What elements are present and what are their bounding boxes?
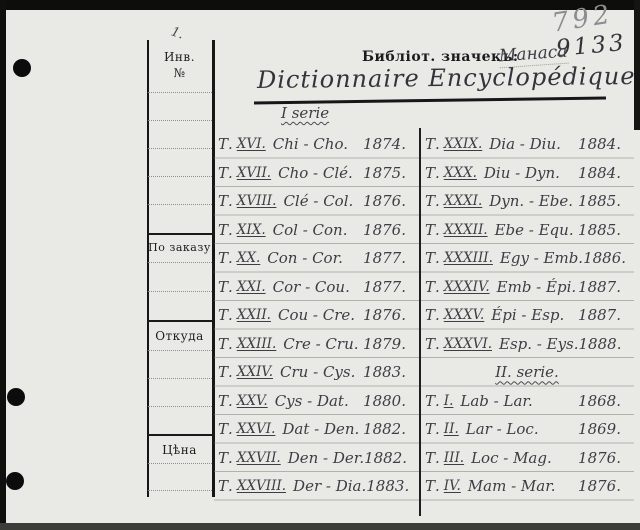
alphabet-range: Cys - Dat. [275, 392, 349, 410]
alphabet-range: Clé - Col. [283, 192, 353, 210]
volume-numeral: XVII. [237, 165, 271, 181]
alphabet-range: Dia - Diu. [489, 135, 561, 153]
volume-numeral: XXXV. [444, 307, 485, 323]
alphabet-range: Mam - Mar. [468, 477, 556, 495]
section-divider [147, 320, 214, 322]
catalog-entry-row: Т. III. Loc - Mag. 1876. [423, 444, 631, 473]
catalog-entry-row: Т. XXVI. Dat - Den. 1882. [216, 415, 416, 444]
punch-hole [6, 472, 24, 490]
alphabet-range: Esp. - Eys. [499, 335, 579, 353]
volume-letter: Т. [218, 249, 233, 267]
catalog-entry-row: Т. XXXIII. Egy - Emb. 1886. [423, 244, 631, 273]
series-2-heading: II. serie. [495, 363, 559, 381]
catalog-entry-row: Т. XXXV. Épi - Esp. 1887. [423, 301, 631, 330]
entries-column-2: Т. XXIX. Dia - Diu. 1884. Т. XXX. Diu - … [423, 130, 631, 501]
catalog-entry-row: Т. XVI. Chi - Cho. 1874. [216, 130, 416, 159]
inventory-number-sign: № [147, 66, 212, 80]
catalog-entry-row: Т. XIX. Col - Con. 1876. [216, 216, 416, 245]
publication-year: 1874. [363, 135, 406, 153]
volume-letter: Т. [425, 392, 440, 410]
publication-year: 1888. [579, 335, 622, 353]
catalog-entry-row: Т. II. Lar - Loc. 1869. [423, 415, 631, 444]
publication-year: 1880. [363, 392, 406, 410]
catalog-entry-row: Т. XVIII. Clé - Col. 1876. [216, 187, 416, 216]
alphabet-range: Col - Con. [273, 221, 348, 239]
catalog-entry-row: Т. XXVIII. Der - Dia. 1883. [216, 472, 416, 501]
volume-letter: Т. [218, 135, 233, 153]
scan-edge-top [0, 0, 640, 10]
publication-year: 1868. [578, 392, 621, 410]
dotted-rule [148, 378, 212, 379]
catalog-entry-row: Т. XVII. Cho - Clé. 1875. [216, 159, 416, 188]
publication-year: 1876. [578, 477, 621, 495]
volume-letter: Т. [218, 363, 233, 381]
volume-numeral: XXIII. [237, 336, 277, 352]
catalog-entry-row: Т. XXIV. Cru - Cys. 1883. [216, 358, 416, 387]
volume-numeral: XXVIII. [237, 478, 286, 494]
dotted-rule [148, 176, 212, 177]
dotted-rule [148, 92, 212, 93]
catalog-entry-row: Т. XXXII. Ebe - Equ. 1885. [423, 216, 631, 245]
catalog-entry-row: Т. XXIII. Cre - Cru. 1879. [216, 330, 416, 359]
library-catalog-card: 1. 792 9133 Библіот. значекъ: Манаса Dic… [0, 0, 640, 530]
punch-hole [13, 59, 31, 77]
dotted-rule [148, 490, 212, 491]
alphabet-range: Cho - Clé. [278, 164, 353, 182]
alphabet-range: Ebe - Equ. [495, 221, 574, 239]
publication-year: 1876. [363, 221, 406, 239]
volume-letter: Т. [425, 477, 440, 495]
publication-year: 1884. [578, 164, 621, 182]
publication-year: 1886. [583, 249, 626, 267]
alphabet-range: Cru - Cys. [280, 363, 355, 381]
volume-letter: Т. [425, 135, 440, 153]
catalog-entry-row: Т. XXII. Cou - Cre. 1876. [216, 301, 416, 330]
volume-numeral: XXX. [444, 165, 477, 181]
publication-year: 1887. [578, 306, 621, 324]
catalog-entry-row: Т. XXVII. Den - Der. 1882. [216, 444, 416, 473]
inventory-number-label: Инв. [147, 50, 212, 64]
volume-numeral: XXIX. [444, 136, 482, 152]
alphabet-range: Lab - Lar. [460, 392, 532, 410]
volume-letter: Т. [218, 164, 233, 182]
alphabet-range: Con - Cor. [267, 249, 343, 267]
publication-year: 1877. [363, 278, 406, 296]
publication-year: 1882. [364, 449, 407, 467]
catalog-entry-row: Т. I. Lab - Lar. 1868. [423, 387, 631, 416]
alphabet-range: Diu - Dyn. [484, 164, 560, 182]
series-2-row: II. serie. [423, 358, 631, 387]
publication-year: 1887. [578, 278, 621, 296]
volume-numeral: XXI. [237, 279, 266, 295]
price-label: Цѣна [147, 443, 212, 457]
entries-column-1: Т. XVI. Chi - Cho. 1874. Т. XVII. Cho - … [216, 130, 416, 501]
volume-letter: Т. [218, 392, 233, 410]
volume-numeral: XX. [237, 250, 261, 266]
alphabet-range: Cre - Cru. [283, 335, 358, 353]
alphabet-range: Cor - Cou. [273, 278, 350, 296]
volume-numeral: XXXI. [444, 193, 482, 209]
volume-numeral: XXXVI. [444, 336, 492, 352]
catalog-entry-row: Т. XXV. Cys - Dat. 1880. [216, 387, 416, 416]
alphabet-range: Lar - Loc. [466, 420, 539, 438]
volume-numeral: XXXIV. [444, 279, 490, 295]
volume-numeral: XVI. [237, 136, 266, 152]
volume-letter: Т. [218, 449, 233, 467]
dotted-rule [148, 262, 212, 263]
volume-letter: Т. [425, 192, 440, 210]
publication-year: 1876. [363, 192, 406, 210]
dotted-rule [148, 463, 212, 464]
volume-letter: Т. [425, 221, 440, 239]
alphabet-range: Épi - Esp. [491, 306, 564, 324]
volume-numeral: XXXII. [444, 222, 488, 238]
alphabet-range: Der - Dia. [293, 477, 366, 495]
publication-year: 1883. [363, 363, 406, 381]
volume-letter: Т. [218, 192, 233, 210]
volume-numeral: II. [444, 421, 459, 437]
alphabet-range: Chi - Cho. [273, 135, 348, 153]
volume-numeral: XXXIII. [444, 250, 493, 266]
volume-numeral: IV. [444, 478, 461, 494]
publication-year: 1876. [363, 306, 406, 324]
catalog-entry-row: Т. XXXI. Dyn. - Ebe. 1885. [423, 187, 631, 216]
volume-letter: Т. [425, 249, 440, 267]
volume-letter: Т. [425, 164, 440, 182]
volume-letter: Т. [218, 306, 233, 324]
alphabet-range: Egy - Emb. [500, 249, 583, 267]
publication-year: 1884. [578, 135, 621, 153]
publication-year: 1882. [363, 420, 406, 438]
volume-numeral: XIX. [237, 222, 266, 238]
alphabet-range: Cou - Cre. [278, 306, 355, 324]
publication-year: 1885. [578, 192, 621, 210]
corner-mark: 1. [169, 24, 185, 42]
entries-list-serie1-right: Т. XXIX. Dia - Diu. 1884. Т. XXX. Diu - … [423, 130, 631, 358]
dotted-rule [148, 350, 212, 351]
volume-numeral: I. [444, 393, 454, 409]
catalog-entry-row: Т. XXI. Cor - Cou. 1877. [216, 273, 416, 302]
publication-year: 1877. [363, 249, 406, 267]
catalog-entry-row: Т. IV. Mam - Mar. 1876. [423, 472, 631, 501]
catalog-entry-row: Т. XXIX. Dia - Diu. 1884. [423, 130, 631, 159]
dotted-rule [148, 406, 212, 407]
volume-letter: Т. [218, 278, 233, 296]
volume-letter: Т. [218, 477, 233, 495]
entries-list-serie2: Т. I. Lab - Lar. 1868. Т. II. Lar - Loc.… [423, 387, 631, 501]
catalog-entry-row: Т. XXXVI. Esp. - Eys. 1888. [423, 330, 631, 359]
alphabet-range: Emb - Épi. [497, 278, 577, 296]
dotted-rule [148, 204, 212, 205]
scan-edge-left [0, 0, 6, 530]
publication-year: 1869. [578, 420, 621, 438]
series-1-heading: I serie [281, 104, 329, 122]
volume-letter: Т. [425, 335, 440, 353]
volume-letter: Т. [218, 221, 233, 239]
dotted-rule [148, 148, 212, 149]
order-label: По заказу [147, 241, 212, 254]
volume-numeral: III. [444, 450, 464, 466]
catalog-entry-row: Т. XXXIV. Emb - Épi. 1887. [423, 273, 631, 302]
entries-list-serie1-left: Т. XVI. Chi - Cho. 1874. Т. XVII. Cho - … [216, 130, 416, 501]
entries-column-divider [419, 128, 421, 516]
volume-numeral: XVIII. [237, 193, 277, 209]
punch-hole [7, 388, 25, 406]
alphabet-range: Dat - Den. [282, 420, 359, 438]
volume-numeral: XXII. [237, 307, 271, 323]
table-border-left [147, 40, 149, 497]
volume-letter: Т. [218, 420, 233, 438]
dotted-rule [148, 120, 212, 121]
volume-numeral: XXVI. [237, 421, 276, 437]
scan-edge-bottom [0, 523, 640, 530]
alphabet-range: Loc - Mag. [471, 449, 552, 467]
section-divider [147, 434, 214, 436]
volume-letter: Т. [425, 449, 440, 467]
volume-numeral: XXV. [237, 393, 268, 409]
dotted-rule [148, 291, 212, 292]
card-title: Dictionnaire Encyclopédique [257, 62, 636, 94]
volume-letter: Т. [425, 278, 440, 296]
volume-letter: Т. [425, 420, 440, 438]
volume-letter: Т. [218, 335, 233, 353]
publication-year: 1879. [363, 335, 406, 353]
volume-numeral: XXIV. [237, 364, 273, 380]
catalog-entry-row: Т. XX. Con - Cor. 1877. [216, 244, 416, 273]
catalog-entry-row: Т. XXX. Diu - Dyn. 1884. [423, 159, 631, 188]
volume-letter: Т. [425, 306, 440, 324]
publication-year: 1883. [366, 477, 409, 495]
alphabet-range: Den - Der. [288, 449, 364, 467]
section-divider [147, 233, 214, 235]
alphabet-range: Dyn. - Ebe. [489, 192, 573, 210]
volume-numeral: XXVII. [237, 450, 281, 466]
publication-year: 1885. [578, 221, 621, 239]
publication-year: 1875. [363, 164, 406, 182]
publication-year: 1876. [578, 449, 621, 467]
origin-label: Откуда [147, 329, 212, 343]
